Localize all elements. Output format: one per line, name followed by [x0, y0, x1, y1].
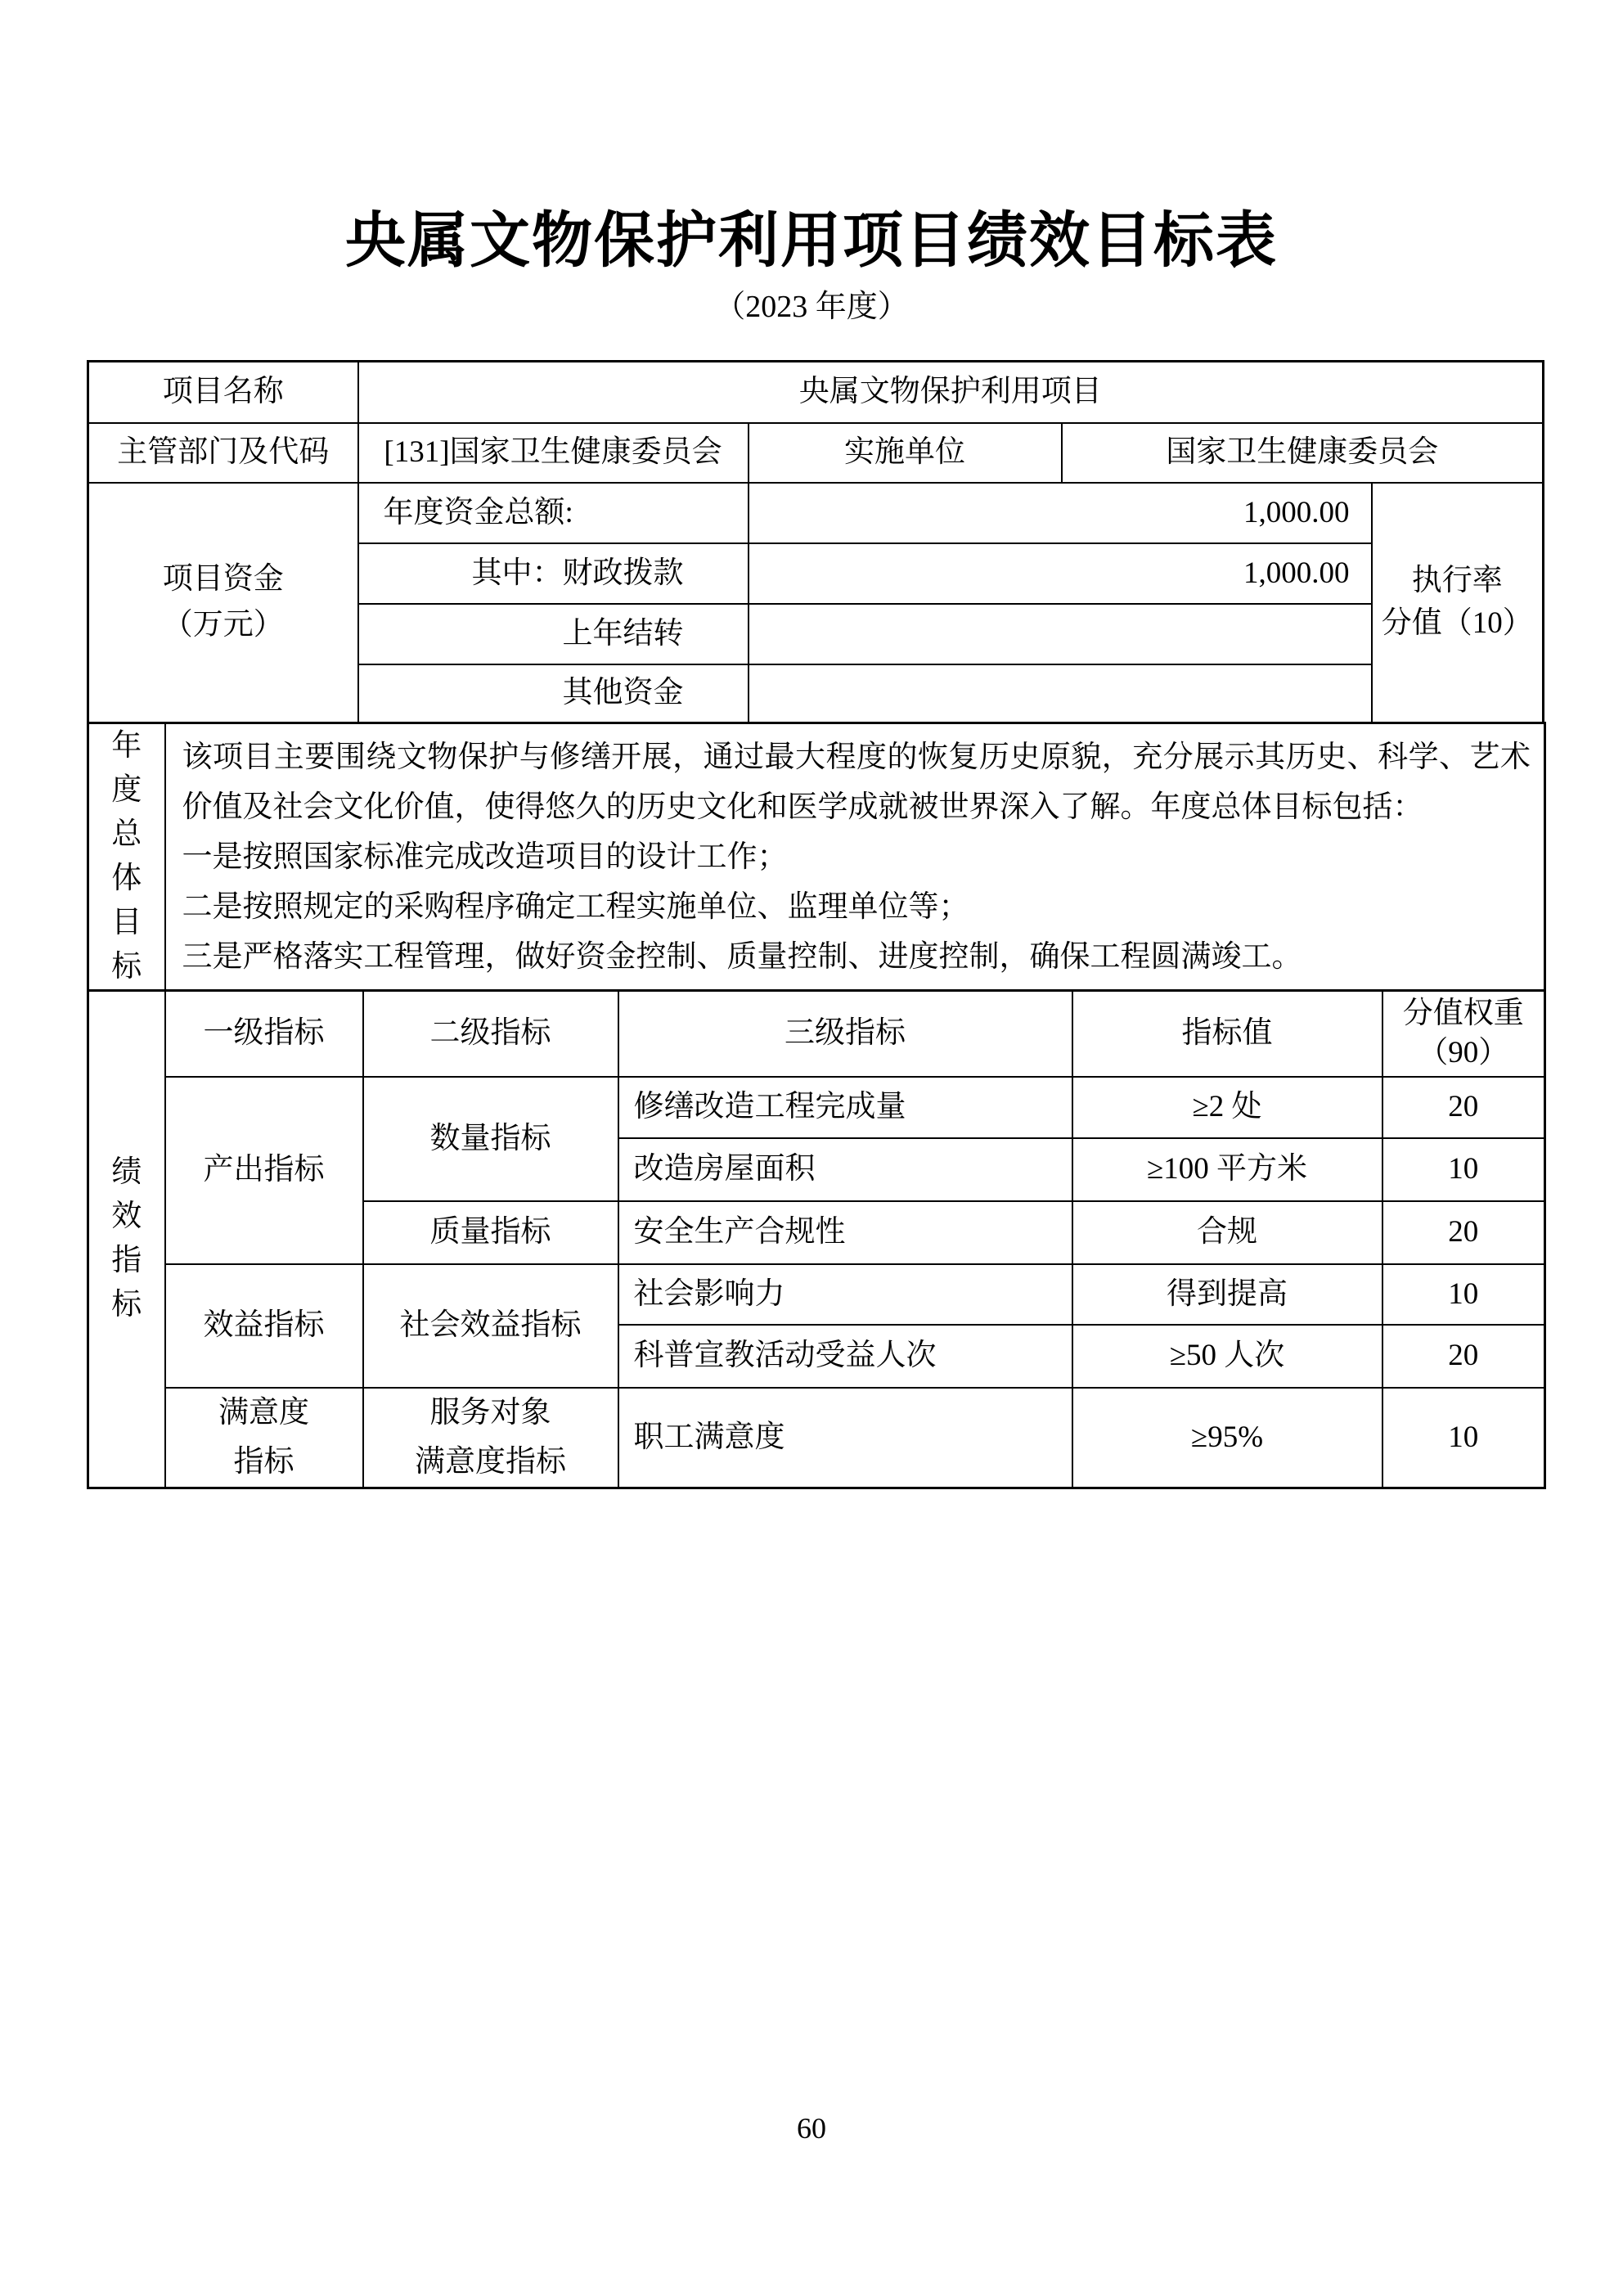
funding-other-label: 其他资金: [358, 664, 749, 723]
table-row: 主管部门及代码 [131]国家卫生健康委员会 实施单位 国家卫生健康委员会: [88, 423, 1544, 483]
indicator-level2: 服务对象 满意度指标: [363, 1388, 618, 1488]
header-level3: 三级指标: [618, 991, 1072, 1077]
goal-paragraph: 三是严格落实工程管理，做好资金控制、质量控制、进度控制，确保工程圆满竣工。: [182, 932, 1531, 982]
indicator-level3: 科普宣教活动受益人次: [618, 1325, 1072, 1388]
annual-goal-text: 该项目主要围绕文物保护与修缮开展，通过最大程度的恢复历史原貌，充分展示其历史、科…: [165, 723, 1545, 991]
funding-total-value: 1,000.00: [749, 483, 1372, 543]
page-title: 央属文物保护利用项目绩效目标表: [0, 206, 1623, 275]
indicator-level1: 满意度 指标: [165, 1388, 363, 1488]
table-row: 产出指标 数量指标 修缮改造工程完成量 ≥2 处 20: [88, 1077, 1545, 1138]
goal-paragraph: 二是按照规定的采购程序确定工程实施单位、监理单位等；: [182, 882, 1531, 932]
indicator-level1: 产出指标: [165, 1077, 363, 1264]
indicator-level3: 社会影响力: [618, 1264, 1072, 1325]
page-number: 60: [0, 2111, 1623, 2145]
indicator-score: 10: [1382, 1388, 1545, 1488]
document-page: 央属文物保护利用项目绩效目标表 （2023 年度） 项目名称 央属文物保护利用项…: [0, 0, 1623, 2296]
indicator-level1: 效益指标: [165, 1264, 363, 1388]
implementing-unit-value: 国家卫生健康委员会: [1062, 423, 1544, 483]
header-weight: 分值权重 （90）: [1382, 991, 1545, 1077]
goal-paragraph: 一是按照国家标准完成改造项目的设计工作；: [182, 832, 1531, 882]
header-level1: 一级指标: [165, 991, 363, 1077]
funding-label: 项目资金 （万元）: [88, 483, 358, 723]
indicator-level3: 安全生产合规性: [618, 1201, 1072, 1264]
indicator-level2: 社会效益指标: [363, 1264, 618, 1388]
department-value: [131]国家卫生健康委员会: [358, 423, 749, 483]
indicator-level2: 质量指标: [363, 1201, 618, 1264]
goal-paragraph: 该项目主要围绕文物保护与修缮开展，通过最大程度的恢复历史原貌，充分展示其历史、科…: [182, 732, 1531, 832]
indicator-score: 10: [1382, 1264, 1545, 1325]
project-name-value: 央属文物保护利用项目: [358, 362, 1544, 423]
department-label: 主管部门及代码: [88, 423, 358, 483]
funding-total-label: 年度资金总额:: [358, 483, 749, 543]
funding-fiscal-label: 其中：财政拨款: [358, 543, 749, 604]
indicator-score: 20: [1382, 1201, 1545, 1264]
funding-carryover-label: 上年结转: [358, 604, 749, 664]
indicator-score: 20: [1382, 1077, 1545, 1138]
page-subtitle: （2023 年度）: [0, 288, 1623, 326]
table-row: 年 度 总 体 目 标 该项目主要围绕文物保护与修缮开展，通过最大程度的恢复历史…: [88, 723, 1545, 991]
info-table: 项目名称 央属文物保护利用项目 主管部门及代码 [131]国家卫生健康委员会 实…: [87, 360, 1544, 724]
indicators-header-row: 绩 效 指 标 一级指标 二级指标 三级指标 指标值 分值权重 （90）: [88, 991, 1545, 1077]
indicators-side-label: 绩 效 指 标: [88, 991, 165, 1488]
indicator-level3: 改造房屋面积: [618, 1138, 1072, 1201]
indicator-score: 20: [1382, 1325, 1545, 1388]
indicator-value: 得到提高: [1072, 1264, 1382, 1325]
indicator-level2: 数量指标: [363, 1077, 618, 1201]
table-row: 项目名称 央属文物保护利用项目: [88, 362, 1544, 423]
indicator-value: 合规: [1072, 1201, 1382, 1264]
indicator-value: ≥2 处: [1072, 1077, 1382, 1138]
table-row: 效益指标 社会效益指标 社会影响力 得到提高 10: [88, 1264, 1545, 1325]
indicator-value: ≥50 人次: [1072, 1325, 1382, 1388]
header-value: 指标值: [1072, 991, 1382, 1077]
table-row: 满意度 指标 服务对象 满意度指标 职工满意度 ≥95% 10: [88, 1388, 1545, 1488]
main-table: 项目名称 央属文物保护利用项目 主管部门及代码 [131]国家卫生健康委员会 实…: [87, 360, 1544, 1489]
execution-rate-label: 执行率 分值（10）: [1372, 483, 1544, 723]
project-name-label: 项目名称: [88, 362, 358, 423]
indicator-level3: 职工满意度: [618, 1388, 1072, 1488]
table-row: 项目资金 （万元） 年度资金总额: 1,000.00 执行率 分值（10）: [88, 483, 1544, 543]
funding-other-value: [749, 664, 1372, 723]
indicator-value: ≥95%: [1072, 1388, 1382, 1488]
annual-goal-label: 年 度 总 体 目 标: [88, 723, 165, 991]
indicator-level3: 修缮改造工程完成量: [618, 1077, 1072, 1138]
header-level2: 二级指标: [363, 991, 618, 1077]
funding-fiscal-value: 1,000.00: [749, 543, 1372, 604]
indicator-value: ≥100 平方米: [1072, 1138, 1382, 1201]
implementing-unit-label: 实施单位: [749, 423, 1062, 483]
indicator-score: 10: [1382, 1138, 1545, 1201]
indicators-table: 绩 效 指 标 一级指标 二级指标 三级指标 指标值 分值权重 （90） 产出指…: [87, 989, 1546, 1489]
annual-goal-table: 年 度 总 体 目 标 该项目主要围绕文物保护与修缮开展，通过最大程度的恢复历史…: [87, 722, 1546, 992]
funding-carryover-value: [749, 604, 1372, 664]
